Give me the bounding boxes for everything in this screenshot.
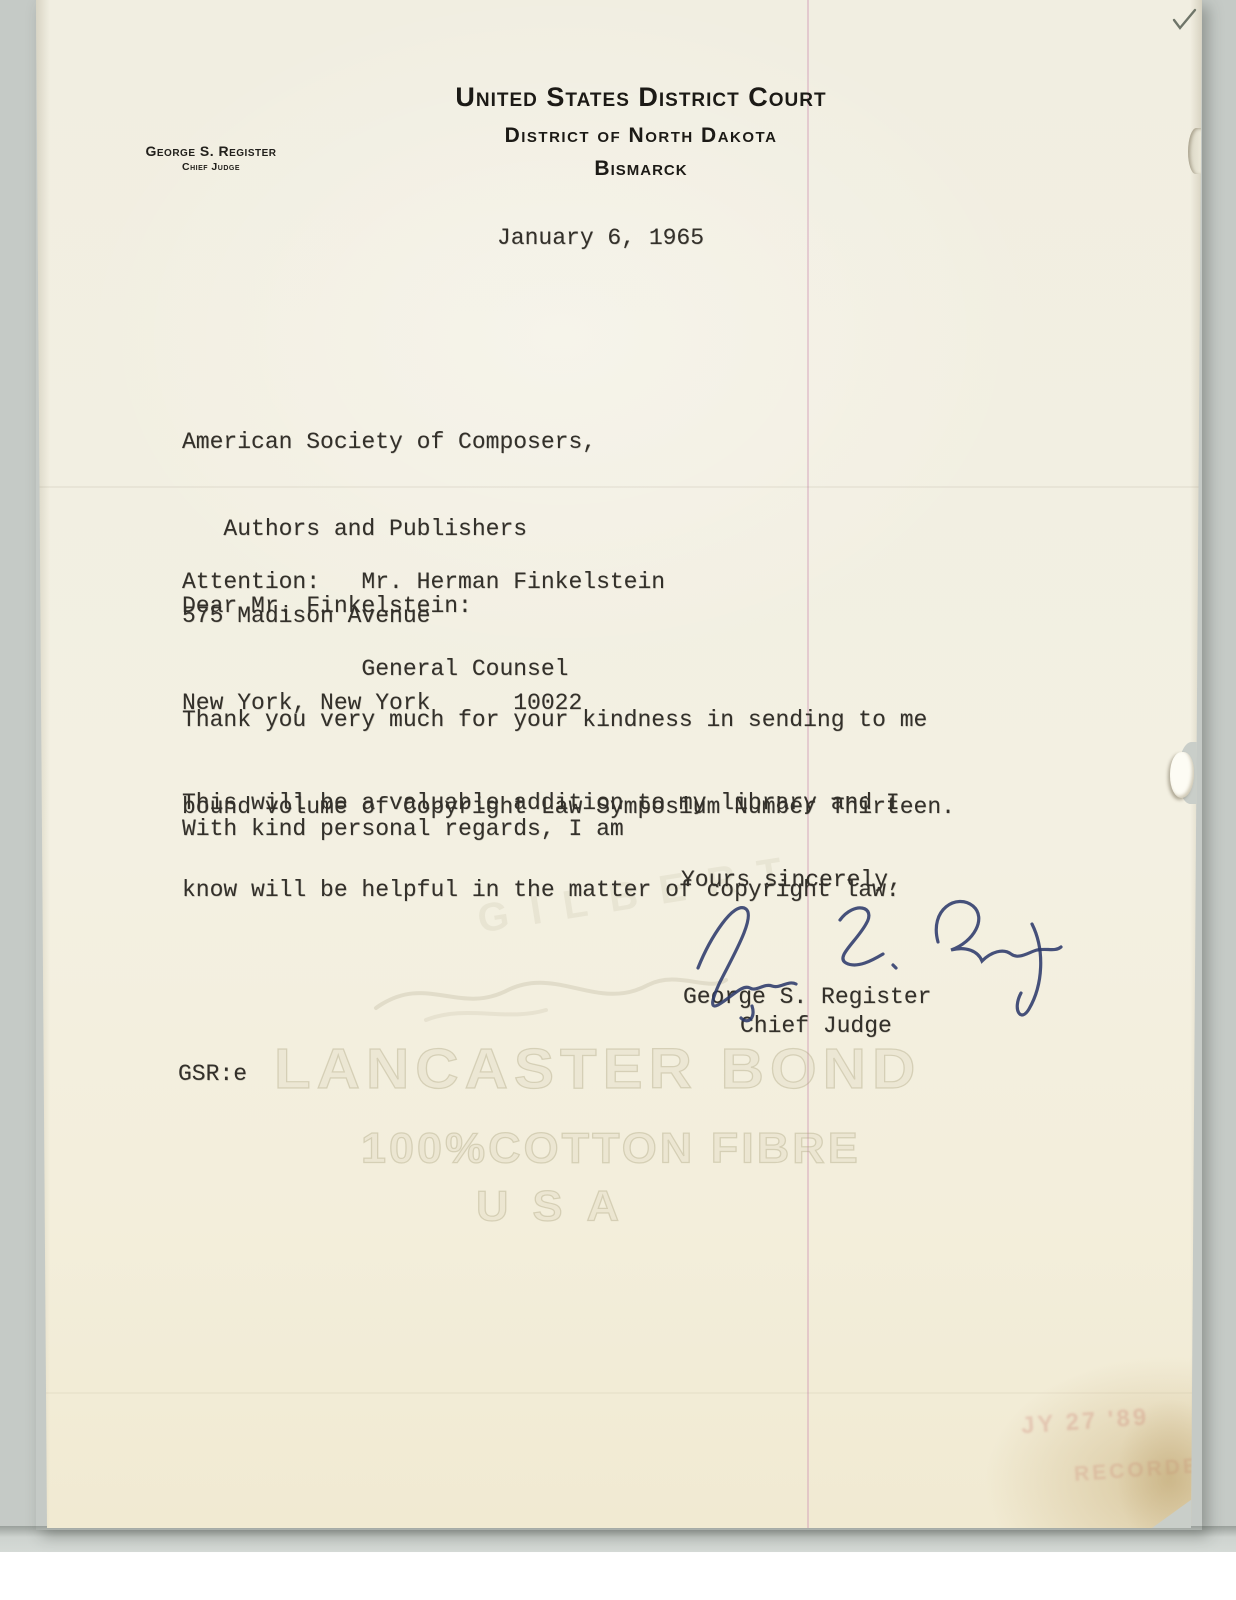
letter-paper: LANCASTER BOND 100%COTTON FIBRE USA GILB…	[36, 0, 1202, 1528]
letterhead-sender-name: George S. Register	[136, 143, 286, 159]
body-line: This will be a valuable addition to my l…	[182, 789, 900, 818]
paper-crease	[36, 1392, 1202, 1394]
closing-line: With kind personal regards, I am	[182, 815, 624, 844]
paper-watermark-brand: LANCASTER BOND	[274, 1036, 921, 1102]
letterhead-court-city: Bismarck	[381, 157, 901, 181]
letterhead-court-district: District of North Dakota	[381, 124, 901, 148]
scanner-white-strip	[0, 1552, 1236, 1600]
date-line: January 6, 1965	[497, 224, 704, 253]
recipient-line: American Society of Composers,	[182, 428, 596, 457]
paper-watermark-fibre: 100%COTTON FIBRE	[361, 1123, 861, 1172]
letterhead-court-block: United States District Court District of…	[381, 82, 901, 181]
paper-watermark-usa: USA	[476, 1181, 643, 1230]
paper-tear-top-right	[1188, 128, 1204, 174]
scanned-letter-page: LANCASTER BOND 100%COTTON FIBRE USA GILB…	[0, 0, 1236, 1600]
paper-corner-stain	[1116, 1398, 1206, 1528]
pencil-check-icon	[1170, 7, 1198, 31]
letterhead-court-name: United States District Court	[381, 82, 901, 113]
letterhead-sender-title: Chief Judge	[136, 161, 286, 173]
reference-initials: GSR:e	[178, 1060, 247, 1089]
salutation: Dear Mr. Finkelstein:	[182, 592, 472, 621]
handwritten-signature	[680, 880, 1080, 1025]
letterhead-sender-block: George S. Register Chief Judge	[136, 143, 286, 173]
scanner-background-strip	[0, 1526, 1236, 1554]
